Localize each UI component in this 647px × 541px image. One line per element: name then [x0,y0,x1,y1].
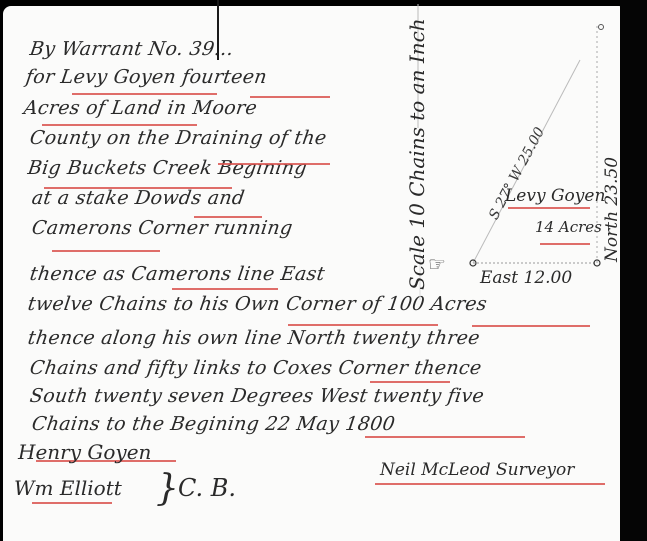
plat-north-side: North 23.50 [602,157,622,262]
underline-plat-owner [508,207,590,209]
plat-east-side: East 12.00 [480,268,572,288]
plat-owner-label: Levy Goyen [505,186,605,206]
underline-plat-acres [540,243,590,245]
plat-acres-label: 14 Acres [535,218,602,236]
pointing-hand-icon: ☞ [428,252,446,276]
plat-scale: Scale 10 Chains to an Inch [405,18,429,290]
